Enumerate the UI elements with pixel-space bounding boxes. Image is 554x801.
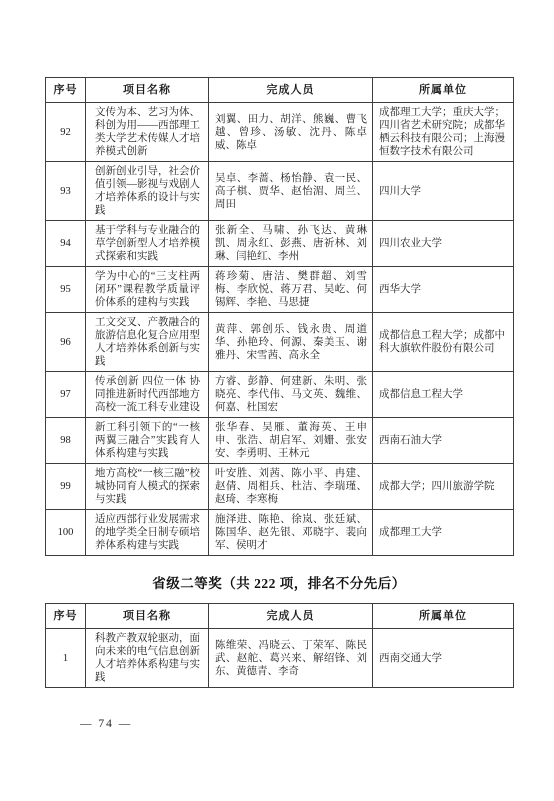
unit-name: 成都理工大学 xyxy=(373,510,514,556)
document-page: 序号 项目名称 完成人员 所属单位 92 文传为本、艺习为体、科创为用——西部理… xyxy=(0,0,554,801)
unit-name: 成都信息工程大学 xyxy=(373,372,514,418)
row-index: 98 xyxy=(46,418,86,464)
table-row: 100 适应西部行业发展需求的地学类全日制专硕培养体系构建与实践 施泽进、陈艳、… xyxy=(46,510,514,556)
unit-name: 成都理工大学；重庆大学；四川省艺术研究院；成都华栖云科技有限公司；上海漫恒数字技… xyxy=(373,103,514,162)
unit-name: 成都信息工程大学；成都中科大旗软件股份有限公司 xyxy=(373,313,514,372)
members-list: 张新全、马啸、孙飞达、黄琳凯、周永红、彭燕、唐祈林、刘琳、闫艳红、李州 xyxy=(209,221,373,267)
row-index: 96 xyxy=(46,313,86,372)
table-row: 92 文传为本、艺习为体、科创为用——西部理工类大学艺术传媒人才培养模式创新 刘… xyxy=(46,103,514,162)
table-row: 98 新工科引领下的“一核两翼三融合”实践育人体系构建与实践 张华春、吴雁、董海… xyxy=(46,418,514,464)
table-row: 96 工文交叉、产教融合的旅游信息化复合应用型人才培养体系创新与实践 黄萍、郭创… xyxy=(46,313,514,372)
unit-name: 西南交通大学 xyxy=(373,629,514,688)
table-header-row: 序号 项目名称 完成人员 所属单位 xyxy=(46,604,514,629)
column-header-unit: 所属单位 xyxy=(373,604,514,629)
members-list: 蒋珍菊、唐洁、樊群超、刘雪梅、李欣悦、蒋万君、吴屹、何锡辉、李艳、马思捷 xyxy=(209,267,373,313)
section-heading-second-prize: 省级二等奖（共 222 项，排名不分先后） xyxy=(45,572,513,592)
row-index: 92 xyxy=(46,103,86,162)
project-name: 基于学科与专业融合的草学创新型人才培养模式探索和实践 xyxy=(86,221,209,267)
table-row: 1 科教产教双轮驱动，面向未来的电气信息创新人才培养体系构建与实践 陈维荣、冯晓… xyxy=(46,629,514,688)
column-header-index: 序号 xyxy=(46,604,86,629)
column-header-unit: 所属单位 xyxy=(373,78,514,103)
members-list: 陈维荣、冯晓云、丁荣军、陈民武、赵舵、葛兴来、解绍锋、刘东、黄德青、李奇 xyxy=(209,629,373,688)
table-row: 97 传承创新 四位一体 协同推进新时代西部地方高校一流工科专业建设 方睿、彭静… xyxy=(46,372,514,418)
unit-name: 西华大学 xyxy=(373,267,514,313)
table-row: 94 基于学科与专业融合的草学创新型人才培养模式探索和实践 张新全、马啸、孙飞达… xyxy=(46,221,514,267)
row-index: 95 xyxy=(46,267,86,313)
column-header-members: 完成人员 xyxy=(209,78,373,103)
members-list: 施泽进、陈艳、徐岚、张廷斌、陈国华、赵先银、邓晓宇、裴向军、侯明才 xyxy=(209,510,373,556)
unit-name: 成都大学；四川旅游学院 xyxy=(373,464,514,510)
row-index: 99 xyxy=(46,464,86,510)
unit-name: 西南石油大学 xyxy=(373,418,514,464)
column-header-project-name: 项目名称 xyxy=(86,78,209,103)
unit-name: 四川大学 xyxy=(373,162,514,221)
column-header-index: 序号 xyxy=(46,78,86,103)
project-name: 工文交叉、产教融合的旅游信息化复合应用型人才培养体系创新与实践 xyxy=(86,313,209,372)
page-number: — 74 — xyxy=(80,718,554,730)
column-header-project-name: 项目名称 xyxy=(86,604,209,629)
project-name: 科教产教双轮驱动，面向未来的电气信息创新人才培养体系构建与实践 xyxy=(86,629,209,688)
table-row: 95 学为中心的“三支柱两闭环”课程教学质量评价体系的建构与实践 蒋珍菊、唐洁、… xyxy=(46,267,514,313)
awards-table-second-prize: 序号 项目名称 完成人员 所属单位 1 科教产教双轮驱动，面向未来的电气信息创新… xyxy=(45,603,514,688)
row-index: 1 xyxy=(46,629,86,688)
members-list: 方睿、彭静、何建新、朱明、张晓亮、李代伟、马文英、魏维、何嘉、杜国宏 xyxy=(209,372,373,418)
column-header-members: 完成人员 xyxy=(209,604,373,629)
project-name: 地方高校“一核三融”校城协同育人模式的探索与实践 xyxy=(86,464,209,510)
row-index: 100 xyxy=(46,510,86,556)
members-list: 吴卓、李蔷、杨怡静、袁一民、高子棋、贾华、赵怡湄、周兰、周田 xyxy=(209,162,373,221)
members-list: 叶安胜、刘茜、陈小平、冉建、赵倩、周相兵、杜洁、李瑞瑾、赵琦、李寒梅 xyxy=(209,464,373,510)
row-index: 94 xyxy=(46,221,86,267)
project-name: 学为中心的“三支柱两闭环”课程教学质量评价体系的建构与实践 xyxy=(86,267,209,313)
table-row: 99 地方高校“一核三融”校城协同育人模式的探索与实践 叶安胜、刘茜、陈小平、冉… xyxy=(46,464,514,510)
project-name: 文传为本、艺习为体、科创为用——西部理工类大学艺术传媒人才培养模式创新 xyxy=(86,103,209,162)
row-index: 93 xyxy=(46,162,86,221)
table-row: 93 创新创业引导，社会价值引领—影视与戏剧人才培养体系的设计与实践 吴卓、李蔷… xyxy=(46,162,514,221)
members-list: 张华春、吴雁、董海英、王申申、张浩、胡启军、刘姗、张安安、李勇明、王林元 xyxy=(209,418,373,464)
unit-name: 四川农业大学 xyxy=(373,221,514,267)
project-name: 传承创新 四位一体 协同推进新时代西部地方高校一流工科专业建设 xyxy=(86,372,209,418)
project-name: 适应西部行业发展需求的地学类全日制专硕培养体系构建与实践 xyxy=(86,510,209,556)
members-list: 刘翼、田力、胡洋、熊巍、曹飞越、曾珍、汤敏、沈丹、陈卓威、陈卓 xyxy=(209,103,373,162)
row-index: 97 xyxy=(46,372,86,418)
project-name: 创新创业引导，社会价值引领—影视与戏剧人才培养体系的设计与实践 xyxy=(86,162,209,221)
awards-table-first-prize-continued: 序号 项目名称 完成人员 所属单位 92 文传为本、艺习为体、科创为用——西部理… xyxy=(45,77,514,556)
members-list: 黄萍、郭创乐、钱永贵、周道华、孙艳玲、何源、秦美玉、谢雅丹、宋雪茜、高永全 xyxy=(209,313,373,372)
project-name: 新工科引领下的“一核两翼三融合”实践育人体系构建与实践 xyxy=(86,418,209,464)
table-header-row: 序号 项目名称 完成人员 所属单位 xyxy=(46,78,514,103)
